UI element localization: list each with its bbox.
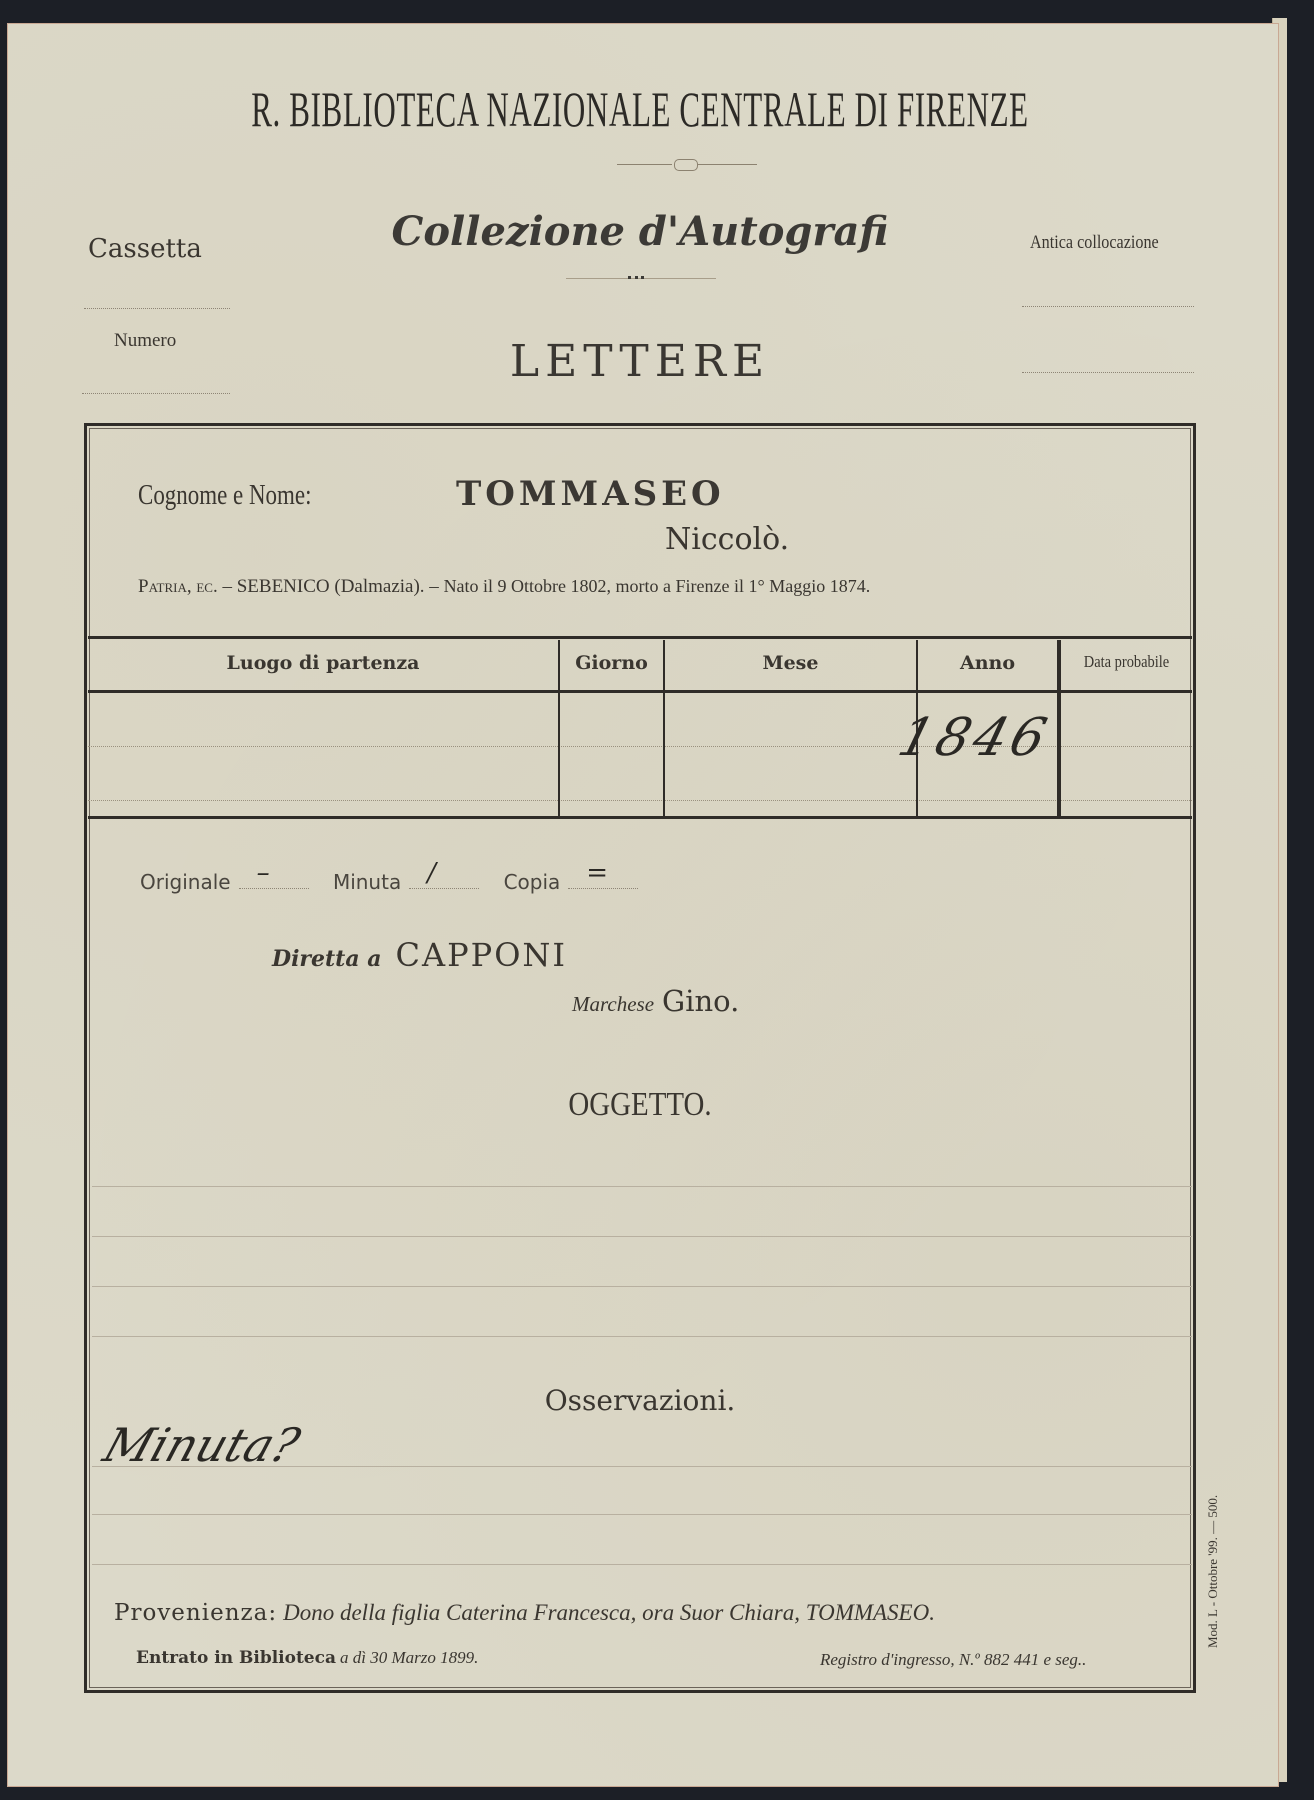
antica-collocazione-label: Antica collocazione	[1030, 232, 1159, 254]
provenienza-label: Provenienza:	[114, 1600, 277, 1626]
col-header-anno: Anno	[918, 652, 1057, 674]
author-first-name: Niccolò.	[665, 522, 789, 557]
name-label: Cognome e Nome:	[138, 480, 311, 512]
institution-title: R. BIBLIOTECA NAZIONALE CENTRALE DI FIRE…	[243, 80, 1037, 138]
author-bio: Nato il 9 Ottobre 1802, morto a Firenze …	[444, 576, 871, 596]
osservazioni-line[interactable]	[92, 1564, 1192, 1565]
minuta-field[interactable]: /	[409, 874, 479, 889]
originale-field[interactable]: –	[239, 874, 309, 889]
table-top-rule	[88, 636, 1192, 639]
patria-value: – SEBENICO (Dalmazia). –	[222, 576, 438, 597]
originale-label: Originale	[140, 870, 231, 894]
table-row-guide	[88, 800, 1192, 801]
entrato-value: a dì 30 Marzo 1899.	[340, 1648, 478, 1667]
oggetto-heading: OGGETTO.	[96, 1086, 1184, 1124]
osservazioni-line[interactable]	[92, 1514, 1192, 1515]
entrato-label: Entrato in Biblioteca	[136, 1648, 336, 1668]
oggetto-line[interactable]	[92, 1186, 1192, 1187]
osservazioni-line[interactable]	[92, 1466, 1192, 1467]
patria-label: Patria, ec.	[138, 576, 218, 597]
osservazioni-heading: Osservazioni.	[0, 1384, 1280, 1417]
copia-field[interactable]: =	[568, 874, 638, 889]
author-surname: TOMMASEO	[456, 474, 725, 514]
oggetto-line[interactable]	[92, 1236, 1192, 1237]
recipient-title: Marchese	[572, 992, 654, 1016]
recipient-name: MarcheseGino.	[572, 984, 739, 1018]
form-code: Mod. L - Ottobre '99. — 500.	[1205, 1495, 1221, 1648]
oggetto-line[interactable]	[92, 1336, 1192, 1337]
entrato: Entrato in Bibliotecaa dì 30 Marzo 1899.	[136, 1648, 478, 1668]
cell-anno[interactable]: 1846	[892, 708, 1056, 768]
provenienza: Provenienza:Dono della figlia Caterina F…	[114, 1600, 935, 1626]
registro-ingresso: Registro d'ingresso, N.º 882 441 e seg..	[820, 1650, 1086, 1670]
table-header-rule	[88, 690, 1192, 693]
author-origin: Patria, ec. – SEBENICO (Dalmazia). – Nat…	[138, 576, 870, 598]
col-header-luogo: Luogo di partenza	[88, 652, 558, 674]
dotted-divider	[566, 278, 716, 279]
minuta-label: Minuta	[333, 870, 401, 894]
ornament-divider	[617, 159, 757, 169]
osservazioni-value[interactable]: Minuta?	[97, 1418, 306, 1472]
copy-type-row: Originale– Minuta/ Copia=	[140, 870, 656, 894]
numero-field[interactable]	[82, 393, 230, 394]
recipient: Diretta aCAPPONI	[272, 936, 567, 974]
col-header-giorno: Giorno	[560, 652, 663, 674]
provenienza-value: Dono della figlia Caterina Francesca, or…	[283, 1600, 935, 1625]
oggetto-line[interactable]	[92, 1286, 1192, 1287]
recipient-first-name: Gino.	[662, 984, 739, 1018]
col-divider	[1057, 640, 1061, 816]
document-type: LETTERE	[0, 336, 1280, 387]
cassetta-field[interactable]	[84, 308, 230, 309]
col-header-data-probabile: Data probabile	[1071, 652, 1182, 672]
col-header-mese: Mese	[665, 652, 916, 674]
recipient-surname: CAPPONI	[396, 936, 568, 974]
cassetta-label: Cassetta	[88, 234, 202, 264]
copia-label: Copia	[504, 870, 561, 894]
diretta-label: Diretta a	[272, 946, 382, 972]
record-frame	[84, 423, 1196, 1693]
table-bottom-rule	[88, 816, 1192, 819]
antica-collocazione-field[interactable]	[1022, 306, 1194, 307]
